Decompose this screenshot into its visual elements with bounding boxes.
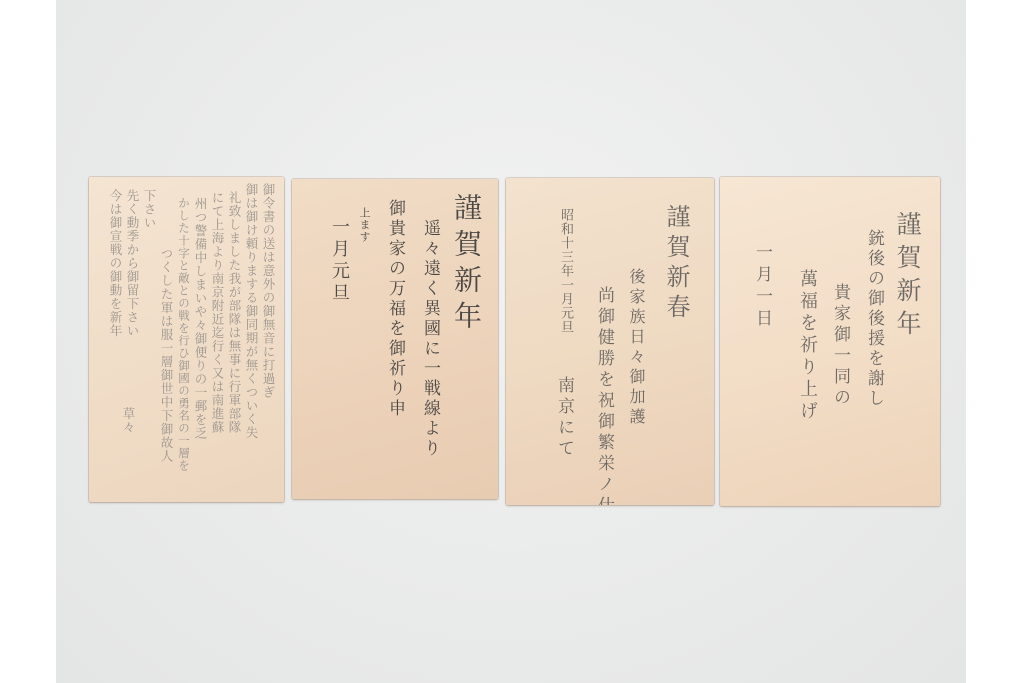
card-date: 一月元旦 — [330, 217, 348, 305]
message-line: 銃後の御後援を謝し — [865, 229, 882, 409]
postcard-4: 謹賀新年 銃後の御後援を謝し 貴家御一同の 萬福を祈り上げ 一月一日 — [720, 177, 940, 506]
message-line: 後家族日々御加護 — [628, 268, 644, 428]
letter-line: 礼致しました我が部隊は無事に行軍部隊 — [228, 191, 241, 434]
card-title: 謹賀新年 — [895, 211, 920, 343]
letter-line: 御令書の送は意外の御無音に打過ぎ — [262, 183, 275, 399]
card-date: 昭和十三年一月元旦 — [559, 208, 572, 334]
postcard-2: 謹賀新年 遥々遠く異國に一戦線より 御貴家の万福を御祈り申 上ます 一月元旦 — [292, 179, 498, 499]
photo-background: 御令書の送は意外の御無音に打過ぎ 御は御け頼りまする御同期が無くついく失 礼致し… — [56, 0, 966, 683]
letter-line: 州つ警備中しまいや々御便りの一郵を乏 — [194, 197, 207, 440]
message-line: 貴家御一同の — [831, 283, 848, 409]
letter-line: かした十字と敵との戦を行ひ御國の勇名の一層を — [178, 197, 190, 472]
message-line: 萬福を祈り上げ — [798, 269, 816, 423]
card-date: 一月一日 — [753, 243, 770, 331]
letter-line: 今は御宣戦の御動を新年 — [109, 189, 122, 338]
message-line: 遥々遠く異國に一戦線より — [421, 219, 438, 459]
postcard-1: 御令書の送は意外の御無音に打過ぎ 御は御け頼りまする御同期が無くついく失 礼致し… — [89, 177, 284, 502]
postcard-3: 謹賀新春 後家族日々御加護 尚御健勝を祝御繁栄ノ仕 昭和十三年一月元旦 南京にて — [506, 178, 714, 505]
signature: 草々 — [122, 407, 135, 434]
letter-line: 下さい — [143, 189, 156, 230]
card-title: 謹賀新春 — [664, 204, 688, 324]
card-place: 南京にて — [555, 376, 572, 460]
card-title: 謹賀新年 — [452, 193, 480, 337]
message-line: 上ます — [359, 207, 370, 243]
letter-line: 先く動季から御留下さい — [126, 189, 139, 338]
letter-line: 御は御け頼りまする御同期が無くついく失 — [245, 183, 258, 440]
letter-line: にて上海より南京附近迄行く又は南進蘇 — [211, 191, 224, 434]
letter-line: つくした軍は服一層御世中下御故人 — [160, 247, 173, 463]
message-line: 尚御健勝を祝御繁栄ノ仕 — [595, 286, 612, 505]
message-line: 御貴家の万福を御祈り申 — [386, 199, 403, 419]
